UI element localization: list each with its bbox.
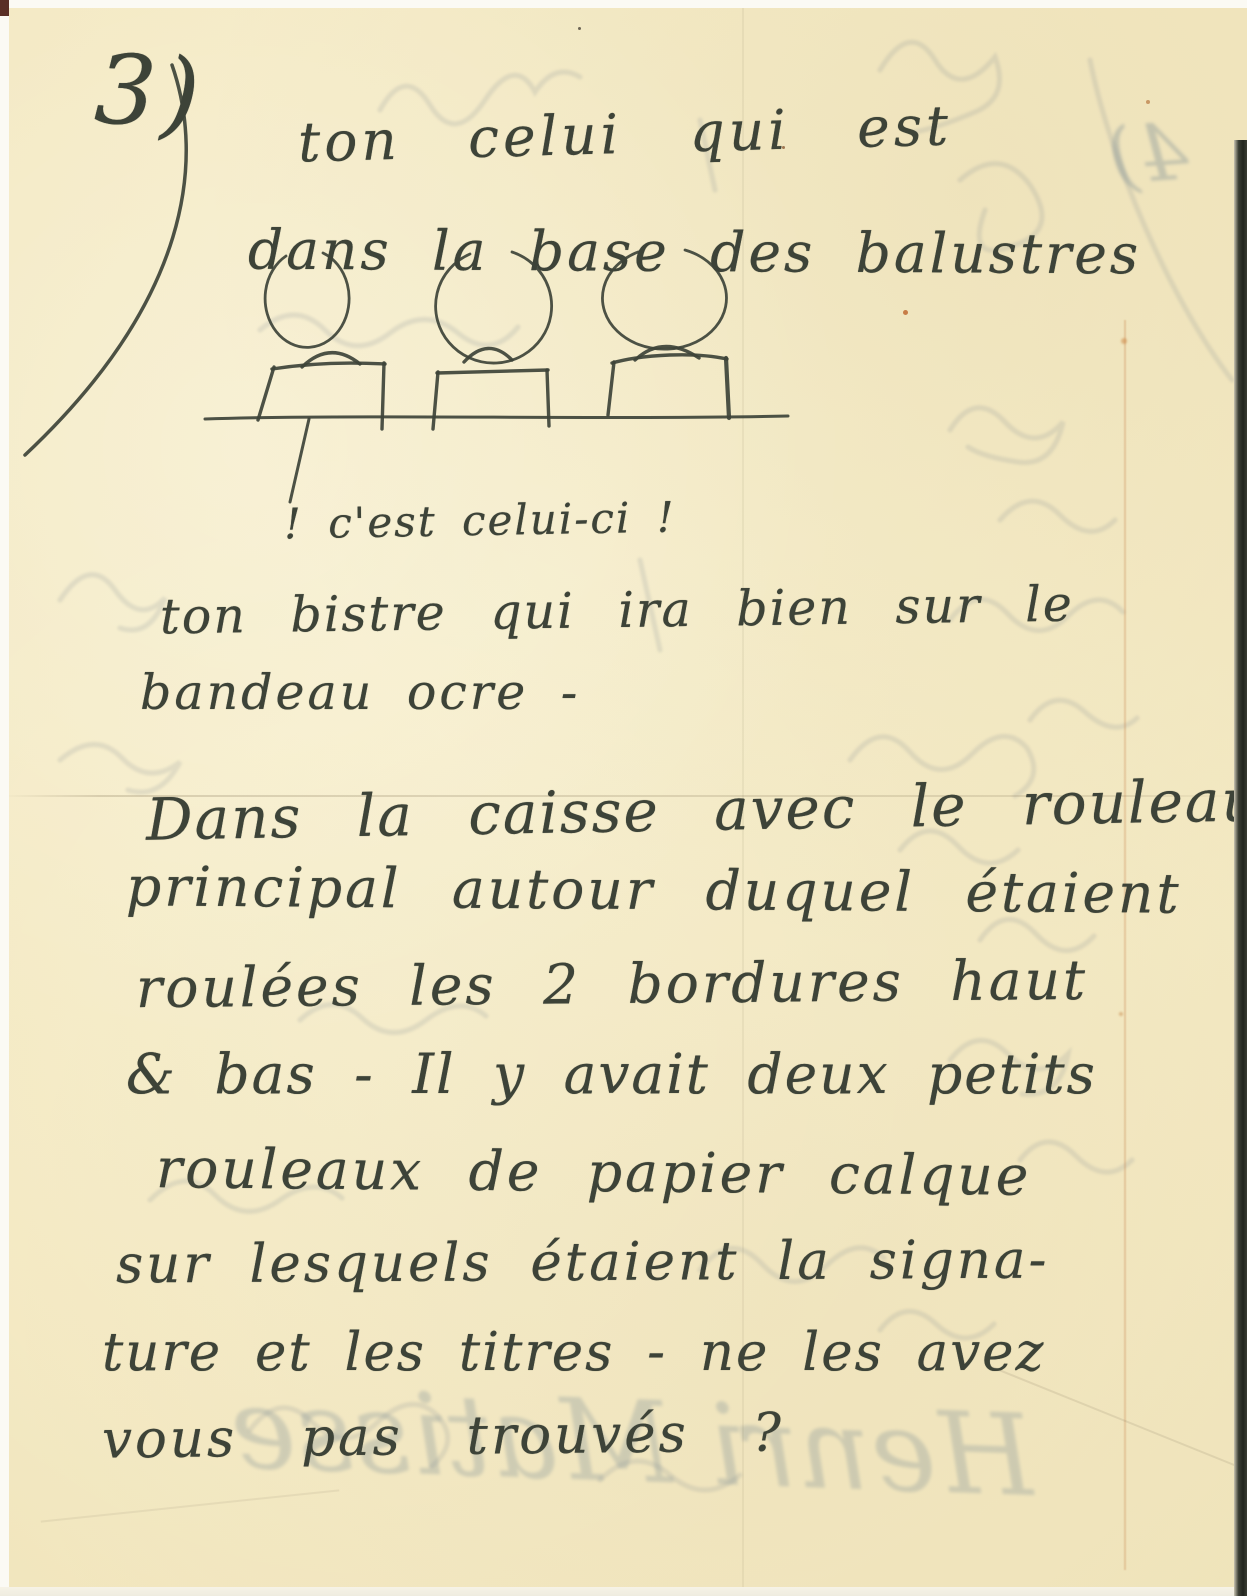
- handwritten-line-11: ture et les titres - ne les avez: [102, 1322, 1045, 1383]
- handwritten-line-7: roulées les 2 bordures haut: [136, 948, 1089, 1020]
- plinth-1-right: [382, 363, 384, 429]
- baluster-oval-2: [436, 252, 552, 363]
- scan-corner-mark: [0, 0, 9, 16]
- scan-edge-right-dark: [1234, 140, 1247, 1596]
- rust-speck: [1119, 1012, 1123, 1016]
- plinth-1-top: [272, 363, 385, 369]
- section-number: 3): [92, 33, 208, 151]
- handwritten-line-9: rouleaux de papier calque: [156, 1136, 1032, 1208]
- scan-edge-left: [0, 0, 9, 1596]
- pointer-stroke: [290, 419, 309, 502]
- handwritten-line-4: bandeau ocre -: [140, 664, 580, 721]
- handwritten-line-10: sur lesquels étaient la signa-: [116, 1230, 1050, 1296]
- handwritten-line-8: & bas - Il y avait deux petits: [126, 1042, 1097, 1106]
- baluster-sketch: [190, 240, 830, 580]
- rust-speck: [1146, 100, 1150, 104]
- handwritten-line-6: principal autour duquel étaient: [126, 854, 1182, 925]
- baluster-oval-3: [602, 250, 726, 349]
- scanned-letter-page: Henri Matisse 4) 3) ton celui qui est da…: [0, 0, 1247, 1596]
- scan-edge-bottom: [0, 1587, 1247, 1596]
- rust-speck: [1121, 338, 1127, 344]
- sketch-baseline: [205, 416, 788, 419]
- plinth-1-left: [258, 367, 274, 420]
- ghost-page-number-showthrough: 4): [1105, 107, 1191, 202]
- rust-speck: [903, 310, 908, 315]
- plinth-3-left: [608, 362, 614, 415]
- ink-speck: [578, 27, 581, 30]
- plinth-2-left: [433, 372, 438, 429]
- plinth-2-top: [437, 370, 548, 373]
- scan-edge-top: [0, 0, 1247, 8]
- baluster-oval-1: [265, 253, 349, 347]
- handwritten-line-12: vous pas trouvés ?: [102, 1402, 785, 1470]
- plinth-3-top: [612, 355, 727, 363]
- plinth-3-right: [726, 358, 729, 418]
